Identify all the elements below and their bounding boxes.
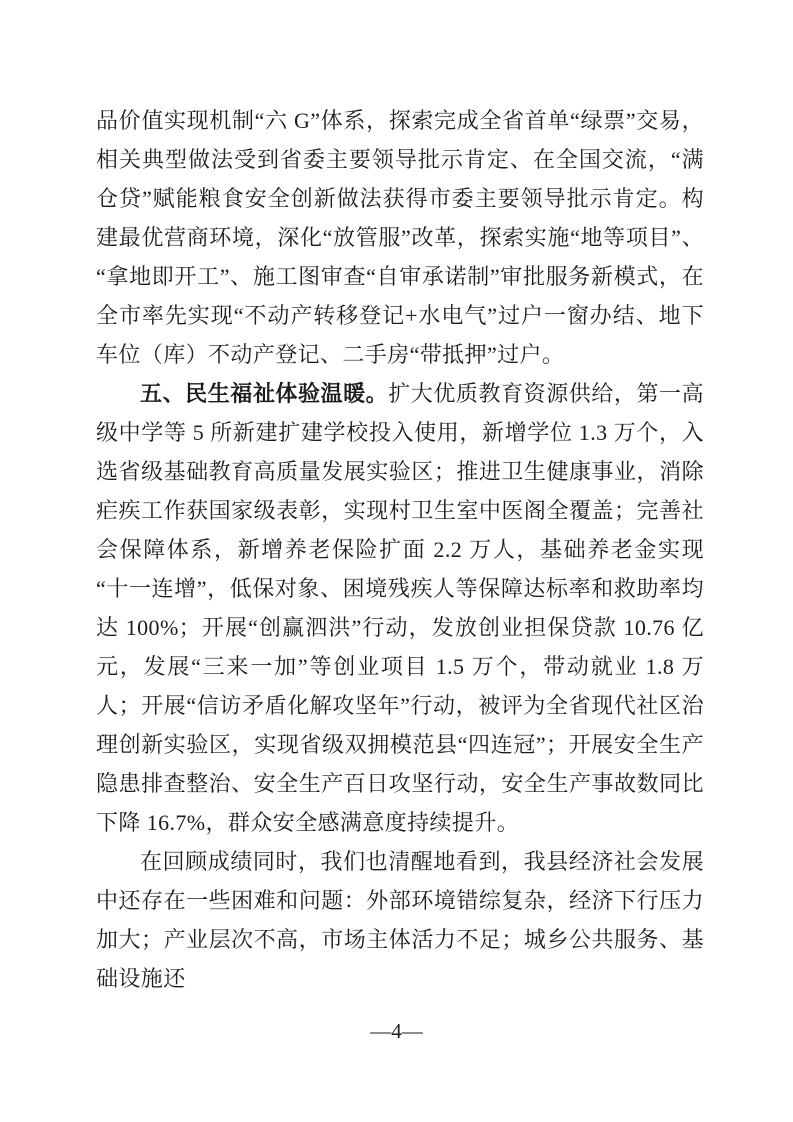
section-5-heading: 五、民生福祉体验温暖。 — [140, 381, 388, 406]
page-number: —4— — [0, 1016, 793, 1046]
paragraph-continuation: 品价值实现机制“六 G”体系，探索完成全省首单“绿票”交易，相关典型做法受到省委… — [96, 101, 704, 374]
paragraph-continuation-text: 品价值实现机制“六 G”体系，探索完成全省首单“绿票”交易，相关典型做法受到省委… — [96, 108, 704, 367]
document-body: 品价值实现机制“六 G”体系，探索完成全省首单“绿票”交易，相关典型做法受到省委… — [96, 101, 704, 998]
paragraph-problems-review-text: 在回顾成绩同时，我们也清醒地看到，我县经济社会发展中还存在一些困难和问题：外部环… — [96, 849, 704, 991]
paragraph-section-5: 五、民生福祉体验温暖。扩大优质教育资源供给，第一高级中学等 5 所新建扩建学校投… — [96, 374, 704, 842]
document-page: 品价值实现机制“六 G”体系，探索完成全省首单“绿票”交易，相关典型做法受到省委… — [0, 0, 793, 1122]
paragraph-problems-review: 在回顾成绩同时，我们也清醒地看到，我县经济社会发展中还存在一些困难和问题：外部环… — [96, 842, 704, 998]
section-5-body-text: 扩大优质教育资源供给，第一高级中学等 5 所新建扩建学校投入使用，新增学位 1.… — [96, 381, 704, 835]
